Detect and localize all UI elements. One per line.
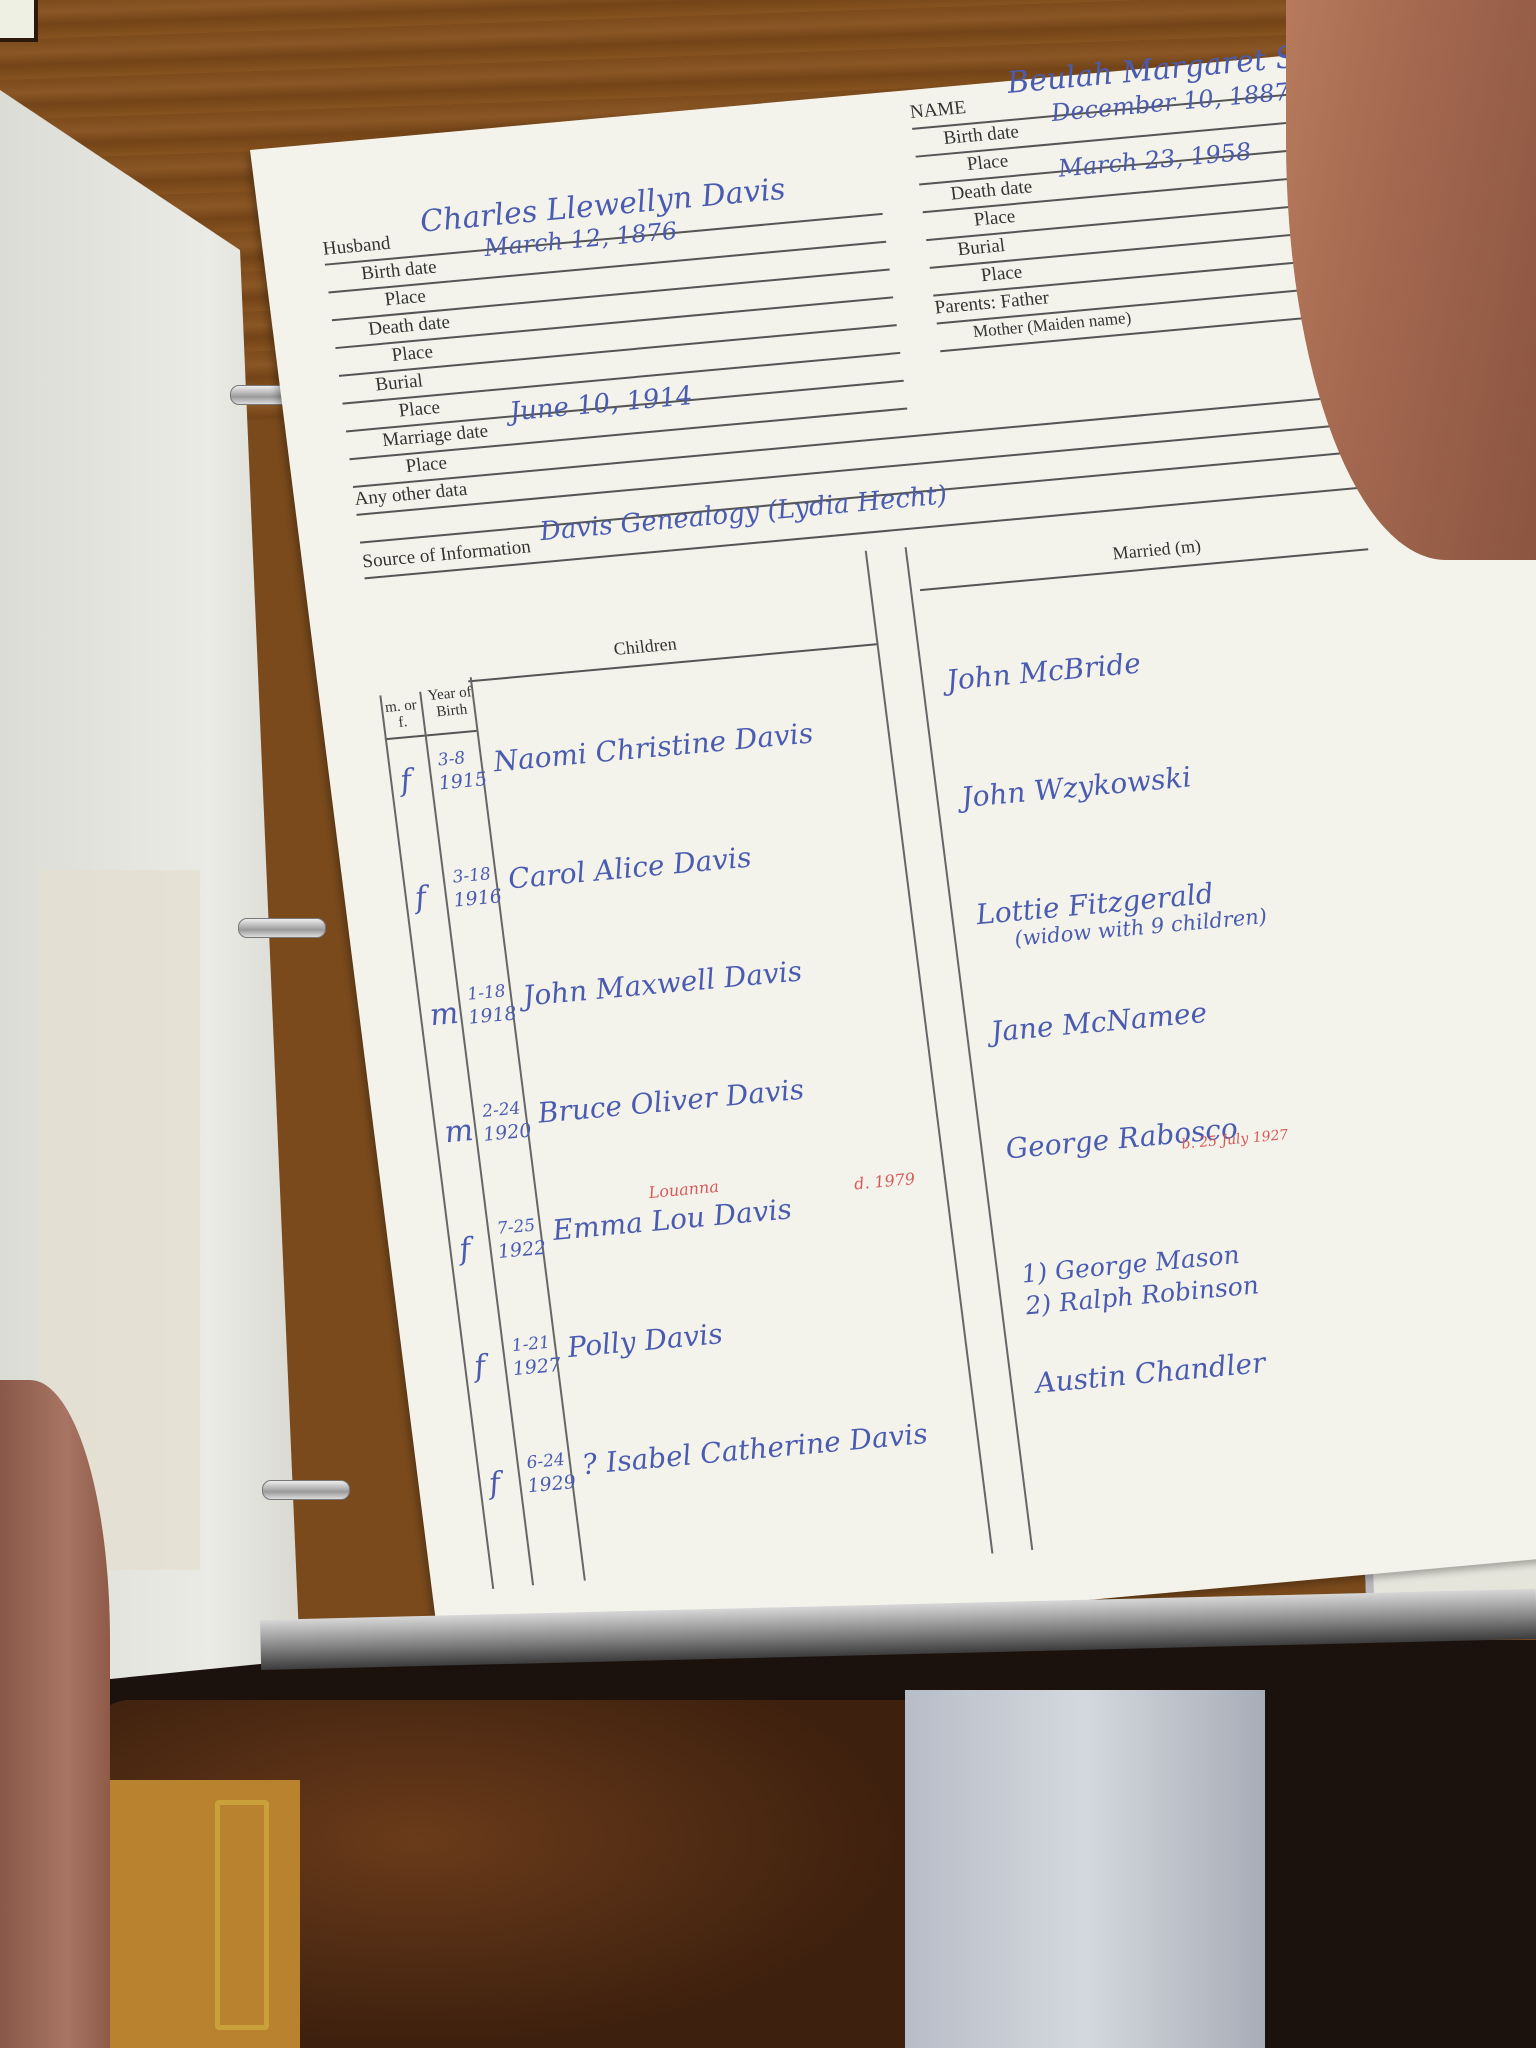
child-death-annotation: d. 1979 <box>853 1169 916 1193</box>
child-sex: f <box>487 1466 502 1502</box>
child-name-annotation: Louanna <box>647 1177 719 1202</box>
child-birth-date: 3-8 <box>437 748 467 770</box>
child-birth-year: 1916 <box>452 885 503 911</box>
child-sex: m <box>428 996 461 1033</box>
husband-label: Husband <box>322 233 392 261</box>
marriage-place-label: Place <box>405 453 449 479</box>
sex-header: m. or f. <box>380 697 424 732</box>
child-name: ? Isabel Catherine Davis <box>580 1417 929 1481</box>
child-birth-date: 1-18 <box>466 981 507 1004</box>
wife-death-date: March 23, 1958 <box>1056 137 1252 182</box>
child-birth-year: 1920 <box>482 1120 533 1146</box>
husband-burial-label: Burial <box>374 370 424 396</box>
child-name: John Maxwell Davis <box>521 954 804 1012</box>
child-birth-date: 2-24 <box>481 1099 522 1122</box>
child-birth-year: 1918 <box>467 1002 518 1028</box>
binder-ring-icon <box>238 918 326 938</box>
form-line <box>353 395 1349 488</box>
child-birth-date: 3-18 <box>451 864 492 887</box>
child-sex: f <box>413 880 428 916</box>
table-divider <box>905 547 1034 1550</box>
marriage-date: June 10, 1914 <box>508 381 694 427</box>
wife-burial-label: Burial <box>956 235 1006 261</box>
trousers <box>905 1690 1265 2048</box>
bag-buckle-icon <box>215 1800 269 2030</box>
child-birth-year: 1915 <box>437 768 488 794</box>
child-name: Bruce Oliver Davis <box>536 1073 806 1130</box>
spouse-name: Jane McNamee <box>989 996 1209 1048</box>
wife-name-label: NAME <box>909 97 967 124</box>
form-line <box>385 730 477 740</box>
husband-birth-place-label: Place <box>383 286 427 312</box>
child-birth-date: 1-21 <box>511 1333 552 1356</box>
children-header: Children <box>544 627 746 666</box>
spouse-name: John McBride <box>945 647 1143 697</box>
child-name: Carol Alice Davis <box>506 841 753 896</box>
source-label: Source of Information <box>361 536 532 573</box>
child-sex: f <box>398 763 413 799</box>
spouse-name: John Wzykowski <box>959 760 1193 814</box>
husband-death-place-label: Place <box>390 341 434 367</box>
child-sex: m <box>442 1113 475 1150</box>
child-name: Emma Lou Davis <box>551 1192 794 1246</box>
wife-birth-place-label: Place <box>966 150 1010 176</box>
table-divider <box>865 551 994 1554</box>
child-sex: f <box>457 1232 472 1268</box>
husband-burial-place-label: Place <box>398 397 442 423</box>
wife-burial-place-label: Place <box>980 262 1024 288</box>
child-birth-year: 1929 <box>526 1471 577 1497</box>
wife-death-place-label: Place <box>973 206 1017 232</box>
child-name: Polly Davis <box>565 1317 724 1364</box>
source-value: Davis Genealogy (Lydia Hecht) <box>538 480 949 547</box>
child-sex: f <box>472 1349 487 1385</box>
corner-card <box>0 0 38 42</box>
child-birth-date: 7-25 <box>496 1216 537 1239</box>
child-birth-date: 6-24 <box>525 1450 566 1473</box>
spouse-name: Austin Chandler <box>1033 1346 1267 1400</box>
child-birth-year: 1927 <box>511 1354 562 1380</box>
binder-ring-icon <box>262 1480 350 1500</box>
child-name: Naomi Christine Davis <box>491 717 814 779</box>
child-birth-year: 1922 <box>497 1237 548 1263</box>
